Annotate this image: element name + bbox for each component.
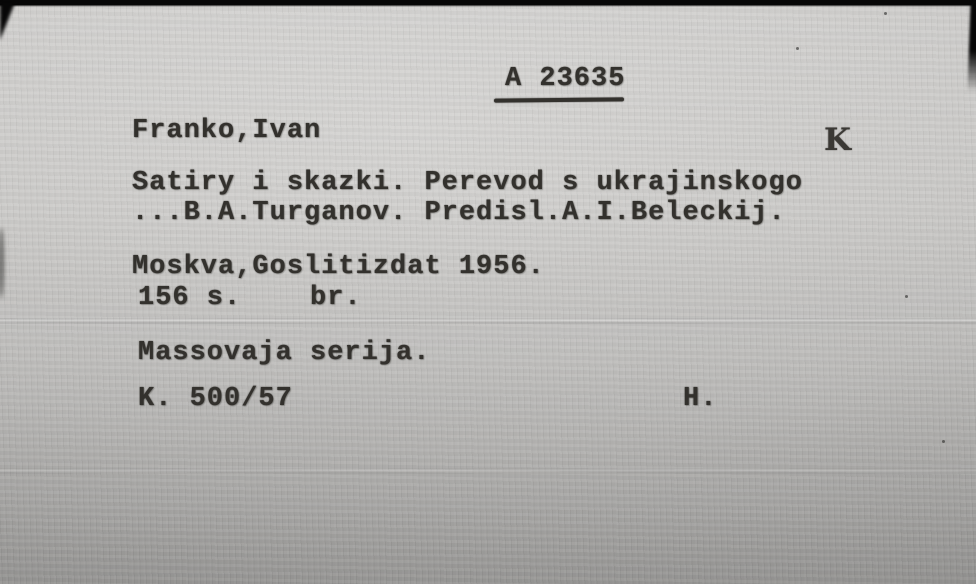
ink-speck — [884, 12, 887, 15]
title-line-1: Satiry i skazki. Perevod s ukrajinskogo — [132, 170, 803, 197]
fold-crease-lower — [0, 468, 976, 474]
author-line: Franko,Ivan — [132, 118, 321, 145]
catalog-card-photo: A 23635 Franko,Ivan K Satiry i skazki. P… — [0, 0, 976, 584]
photo-top-edge — [0, 0, 976, 7]
ink-speck — [796, 47, 799, 50]
ink-speck — [905, 295, 908, 298]
fold-crease-upper — [0, 318, 976, 324]
photo-corner-shadow-top-left — [0, 0, 16, 40]
accession-number: K. 500/57 — [138, 386, 293, 413]
collation-line: 156 s. br. — [138, 285, 362, 312]
shelf-letter-mark: K — [824, 122, 851, 158]
ink-speck — [942, 440, 945, 443]
series-line: Massovaja serija. — [138, 340, 430, 367]
call-number: A 23635 — [505, 66, 625, 93]
imprint-line: Moskva,Goslitizdat 1956. — [132, 254, 545, 281]
cataloger-mark: H. — [683, 386, 717, 413]
title-line-2: ...B.A.Turganov. Predisl.A.I.Beleckij. — [132, 200, 786, 227]
